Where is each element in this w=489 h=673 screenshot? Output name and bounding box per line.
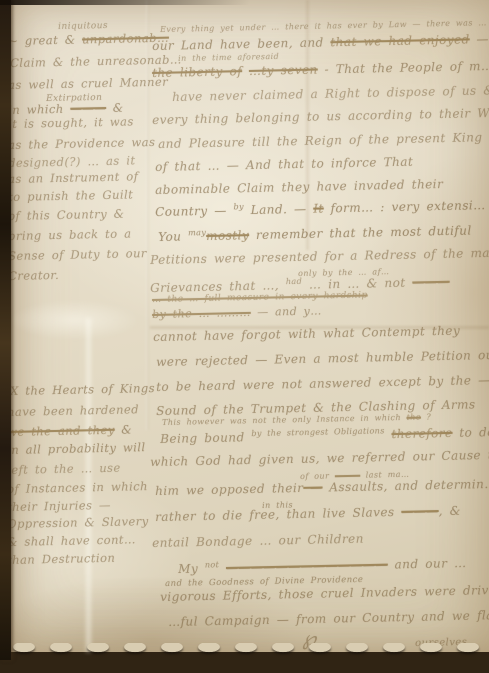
handwritten-text: have never claimed a Right to dispose of… (172, 83, 489, 104)
handwritten-text: abominable Claim they have invaded their (155, 177, 443, 197)
struck-text: ————————————— (226, 558, 388, 575)
manuscript-line: entail Bondage … our Children (152, 533, 364, 549)
struck-text: — (303, 480, 323, 494)
handwritten-text: and Pleasure till the Reign of the prese… (158, 130, 483, 151)
handwritten-text: entail Bondage … our Children (152, 532, 364, 550)
manuscript-line: cannot have forgot with what Contempt th… (153, 325, 460, 343)
manuscript-line: Petitions were presented for a Redress o… (150, 246, 489, 266)
handwritten-text: , & (439, 504, 461, 518)
struck-text: It (313, 201, 324, 215)
handwritten-text: and our … (388, 556, 467, 572)
manuscript-line: Every thing yet under … there it has eve… (160, 19, 489, 34)
struck-text: ——— (401, 504, 439, 519)
deckle-edge (6, 643, 489, 661)
handwritten-text: ? (421, 412, 431, 421)
photo-edge-shadow (0, 0, 250, 5)
handwritten-text: remember that the most dutiful (249, 223, 472, 242)
struck-text: …ty seven (249, 63, 318, 78)
handwritten-text: You (158, 229, 188, 244)
manuscript-page: iniquitous~ great & unpardonab…Claim & t… (0, 0, 489, 673)
manuscript-line: … the … full measure in every hardship (152, 291, 368, 305)
handwritten-text: form… : very extensi… (324, 198, 486, 215)
manuscript-line: …ful Campaign — from our Country and we … (168, 609, 489, 628)
inserted-text: may (188, 227, 206, 237)
manuscript-line: the liberty of …ty seven - That the Peop… (152, 60, 489, 79)
manuscript-line: him we opposed their — Assaults, and det… (155, 478, 489, 497)
handwritten-text: rather to die free, than live Slaves (155, 505, 401, 524)
inserted-text: by (233, 201, 244, 211)
inserted-text: by the strongest Obligations (251, 425, 385, 438)
handwritten-text: - That the People of m… (318, 59, 489, 77)
handwritten-text: of that … — And that to inforce That (155, 155, 413, 174)
handwritten-text: … in … & not (302, 276, 412, 292)
manuscript-line: our Land have been, and that we had enjo… (152, 33, 489, 52)
manuscript-line: You maymostly remember that the most dut… (158, 222, 472, 243)
manuscript-line: by the … ……… — and y… (152, 305, 322, 320)
manuscript-line: rather to die free, than live Slaves ———… (155, 505, 461, 523)
handwritten-text: cannot have forgot with what Contempt th… (153, 324, 460, 344)
handwritten-text: Being bound (160, 430, 252, 446)
handwritten-text: were rejected — Even a most humble Petit… (156, 348, 489, 369)
binding-edge (0, 0, 11, 660)
handwritten-text: Every thing yet under … there it has eve… (160, 18, 489, 34)
struck-text: mostly (206, 228, 249, 243)
handwritten-text: to be heard were not answered except by … (156, 373, 489, 394)
body-text: Every thing yet under … there it has eve… (0, 0, 489, 673)
manuscript-line: abominable Claim they have invaded their (155, 178, 443, 196)
struck-text: that we had enjoyed (330, 32, 470, 49)
manuscript-line: and Pleasure till the Reign of the prese… (158, 131, 483, 150)
handwritten-text: Petitions were presented for a Redress o… (150, 245, 489, 267)
handwritten-text: — (470, 32, 489, 46)
handwritten-text: Land. — (244, 202, 314, 217)
struck-text: by the … ……… (152, 306, 251, 321)
manuscript-line: every thing belonging to us according to… (152, 107, 489, 126)
handwritten-text: My (178, 561, 205, 576)
struck-text: ——— (412, 275, 450, 290)
manuscript-line: Country — by Land. — It form… : very ext… (155, 197, 486, 218)
handwritten-text: Assaults, and determin… (322, 477, 489, 495)
manuscript-line: in the time aforesaid (178, 53, 279, 63)
struck-text: the liberty of (152, 64, 242, 80)
handwritten-text: which God had given us, we referred our … (150, 448, 489, 469)
handwritten-text: our Land have been, and (152, 35, 331, 53)
handwritten-text: in the time aforesaid (178, 52, 279, 63)
handwritten-text: Country — (155, 203, 234, 219)
handwritten-text: to defend the Inheritance (452, 422, 489, 440)
inserted-text: had (286, 276, 302, 286)
struck-text: the (406, 413, 421, 422)
handwritten-text: — and y… (251, 304, 322, 318)
manuscript-line: to be heard were not answered except by … (156, 374, 489, 393)
handwritten-text: every thing belonging to us according to… (152, 106, 489, 127)
manuscript-line: which God had given us, we referred our … (150, 449, 489, 468)
handwritten-text: him we opposed their (155, 481, 304, 498)
manuscript-line: have never claimed a Right to dispose of… (172, 84, 489, 103)
struck-text: therefore (391, 426, 452, 441)
inserted-text: not (205, 559, 220, 569)
handwritten-text: …ful Campaign — from our Country and we … (168, 608, 489, 629)
manuscript-line: of that … — And that to inforce That (155, 156, 413, 173)
manuscript-line: My not ————————————— and our … (178, 555, 467, 575)
manuscript-line: were rejected — Even a most humble Petit… (156, 349, 489, 368)
